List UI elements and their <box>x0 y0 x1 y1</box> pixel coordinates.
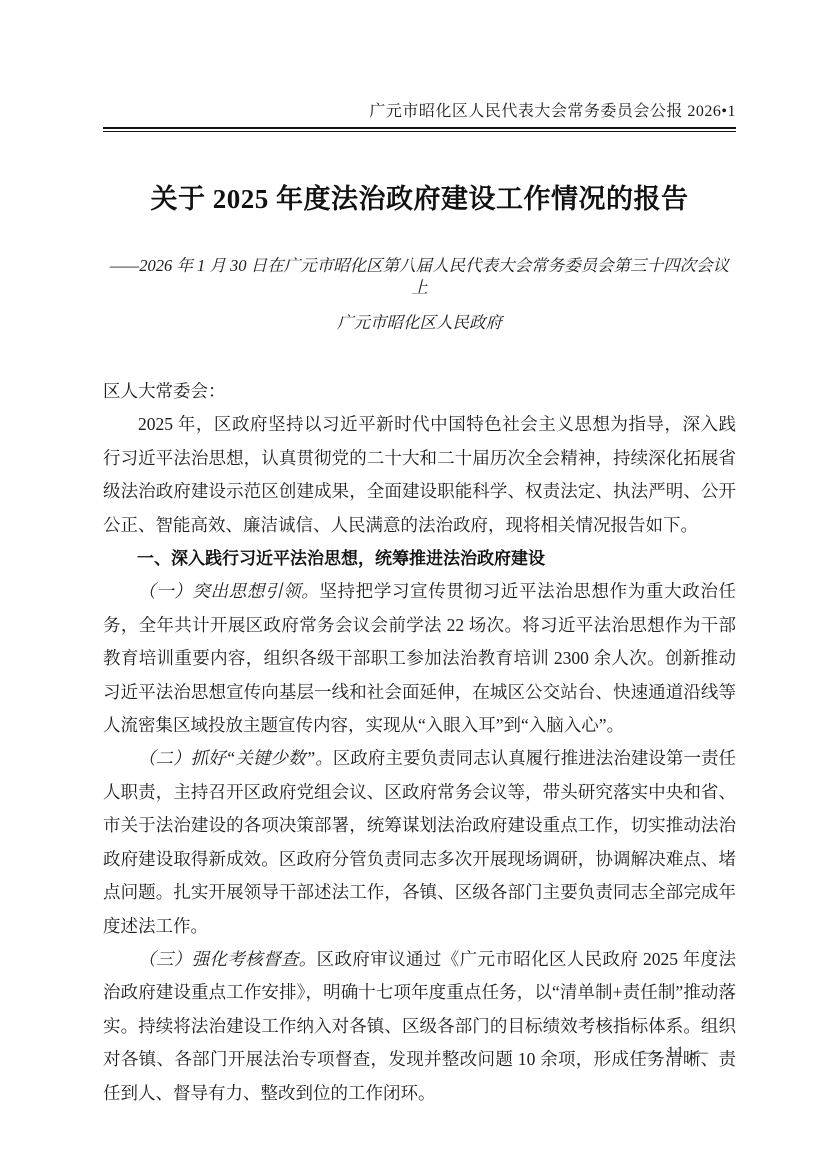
page-title: 关于 2025 年度法治政府建设工作情况的报告 <box>103 184 736 214</box>
item-2-text: 区政府主要负责同志认真履行推进法治建设第一责任人职责，主持召开区政府党组会议、区… <box>103 748 736 935</box>
item-3-lead: （三）强化考核督查。 <box>138 949 317 969</box>
intro-paragraph: 2025 年，区政府坚持以习近平新时代中国特色社会主义思想为指导，深入践行习近平… <box>103 408 736 542</box>
document-page: 广元市昭化区人民代表大会常务委员会公报 2026•1 关于 2025 年度法治政… <box>0 0 827 1170</box>
document-body: 区人大常委会： 2025 年，区政府坚持以习近平新时代中国特色社会主义思想为指导… <box>103 375 736 1110</box>
section-1-heading: 一、深入践行习近平法治思想，统筹推进法治政府建设 <box>103 542 736 575</box>
header-divider-rule <box>103 127 736 132</box>
intro-paragraph-text: 2025 年，区政府坚持以习近平新时代中国特色社会主义思想为指导，深入践行习近平… <box>103 414 736 534</box>
subtitle-meeting-line: ——2026 年 1 月 30 日在广元市昭化区第八届人民代表大会常务委员会第三… <box>103 255 736 299</box>
bulletin-header: 广元市昭化区人民代表大会常务委员会公报 2026•1 <box>103 0 736 123</box>
page-number: — 11 — <box>103 1044 736 1062</box>
section-1-item-3: （三）强化考核督查。区政府审议通过《广元市昭化区人民政府 2025 年度法治政府… <box>103 943 736 1110</box>
item-1-text: 坚持把学习宣传贯彻习近平法治思想作为重大政治任务，全年共计开展区政府常务会议会前… <box>103 581 736 735</box>
salutation: 区人大常委会： <box>103 375 736 408</box>
page-content: 广元市昭化区人民代表大会常务委员会公报 2026•1 关于 2025 年度法治政… <box>103 0 736 1110</box>
section-1-item-1: （一）突出思想引领。坚持把学习宣传贯彻习近平法治思想作为重大政治任务，全年共计开… <box>103 575 736 742</box>
item-3-text: 区政府审议通过《广元市昭化区人民政府 2025 年度法治政府建设重点工作安排》，… <box>103 949 736 1103</box>
subtitle-author-line: 广元市昭化区人民政府 <box>103 312 736 334</box>
item-2-lead: （二）抓好“关键少数”。 <box>138 748 333 768</box>
section-1-item-2: （二）抓好“关键少数”。区政府主要负责同志认真履行推进法治建设第一责任人职责，主… <box>103 742 736 942</box>
item-1-lead: （一）突出思想引领。 <box>138 581 319 601</box>
